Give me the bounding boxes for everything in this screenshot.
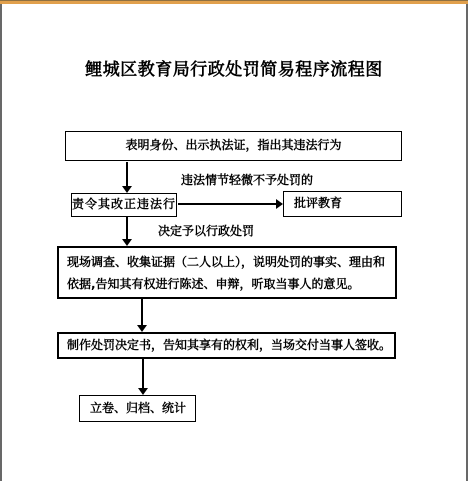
arrow-down-icon bbox=[137, 325, 147, 332]
arrow-right-icon bbox=[276, 199, 283, 209]
flow-step-investigation-evidence: 现场调查、收集证据（二人以上），说明处罚的事实、理由和依据,告知其有权进行陈述、… bbox=[57, 246, 397, 299]
arrow-line-step4-to-step5 bbox=[141, 299, 143, 326]
arrow-down-icon bbox=[138, 388, 148, 395]
arrow-down-icon bbox=[122, 186, 132, 193]
arrow-down-icon bbox=[122, 239, 132, 246]
flow-step-order-correction: 责令其改正违法行 bbox=[71, 193, 177, 217]
flow-step-investigation-evidence-label: 现场调查、收集证据（二人以上），说明处罚的事实、理由和依据,告知其有权进行陈述、… bbox=[67, 251, 387, 295]
flow-step-show-identity-label: 表明身份、出示执法证，指出其违法行为 bbox=[125, 139, 341, 153]
flow-step-order-correction-label: 责令其改正违法行 bbox=[72, 198, 176, 212]
branch-label-penalty: 决定予以行政处罚 bbox=[158, 222, 254, 239]
flow-step-penalty-decision: 制作处罚决定书，告知其享有的权利，当场交付当事人签收。 bbox=[57, 332, 396, 359]
flow-step-filing-archive-label: 立卷、归档、统计 bbox=[90, 402, 186, 416]
branch-label-no-penalty: 违法情节轻微不予处罚的 bbox=[181, 171, 313, 188]
arrow-line-step2-to-step4 bbox=[126, 217, 128, 240]
flow-step-penalty-decision-label: 制作处罚决定书，告知其享有的权利，当场交付当事人签收。 bbox=[67, 339, 391, 353]
flow-step-show-identity: 表明身份、出示执法证，指出其违法行为 bbox=[65, 131, 402, 161]
document-viewer: 鲤城区教育局行政处罚简易程序流程图 表明身份、出示执法证，指出其违法行为 违法情… bbox=[0, 0, 468, 489]
flowchart-title: 鲤城区教育局行政处罚简易程序流程图 bbox=[0, 55, 468, 80]
arrow-line-step1-to-step2 bbox=[126, 162, 128, 186]
flow-step-filing-archive: 立卷、归档、统计 bbox=[79, 395, 196, 422]
arrow-line-step2-to-step3 bbox=[178, 203, 277, 205]
flow-step-criticism-education: 批评教育 bbox=[283, 191, 402, 217]
flow-step-criticism-education-label: 批评教育 bbox=[294, 197, 342, 211]
arrow-line-step5-to-step6 bbox=[142, 359, 144, 389]
